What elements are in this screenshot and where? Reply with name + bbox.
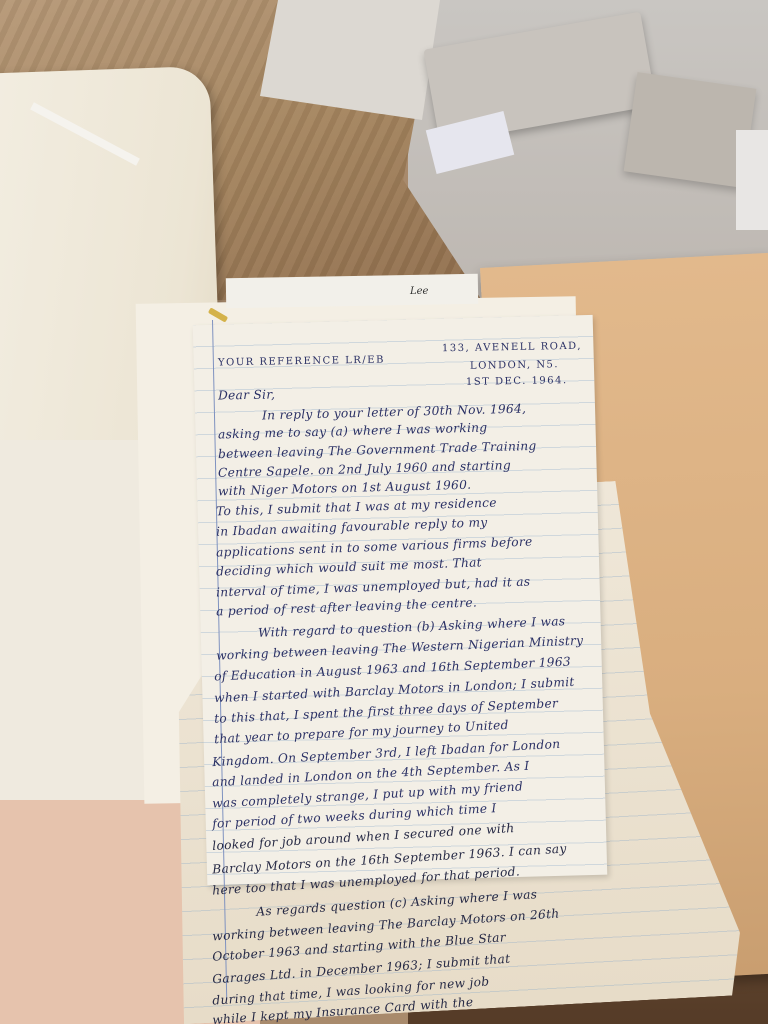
letter-address-line-2: LONDON, N5. xyxy=(470,359,559,372)
letter-date: 1ST DEC. 1964. xyxy=(466,375,568,388)
letter-salutation: Dear Sir, xyxy=(218,388,276,403)
photo-scene: Lee YOUR REFERENCE LR/EB 133, AVENELL RO… xyxy=(0,0,768,1024)
paper-scrap xyxy=(736,130,768,230)
top-sheet-fragment xyxy=(226,274,478,308)
top-sheet-mark: Lee xyxy=(410,286,428,297)
